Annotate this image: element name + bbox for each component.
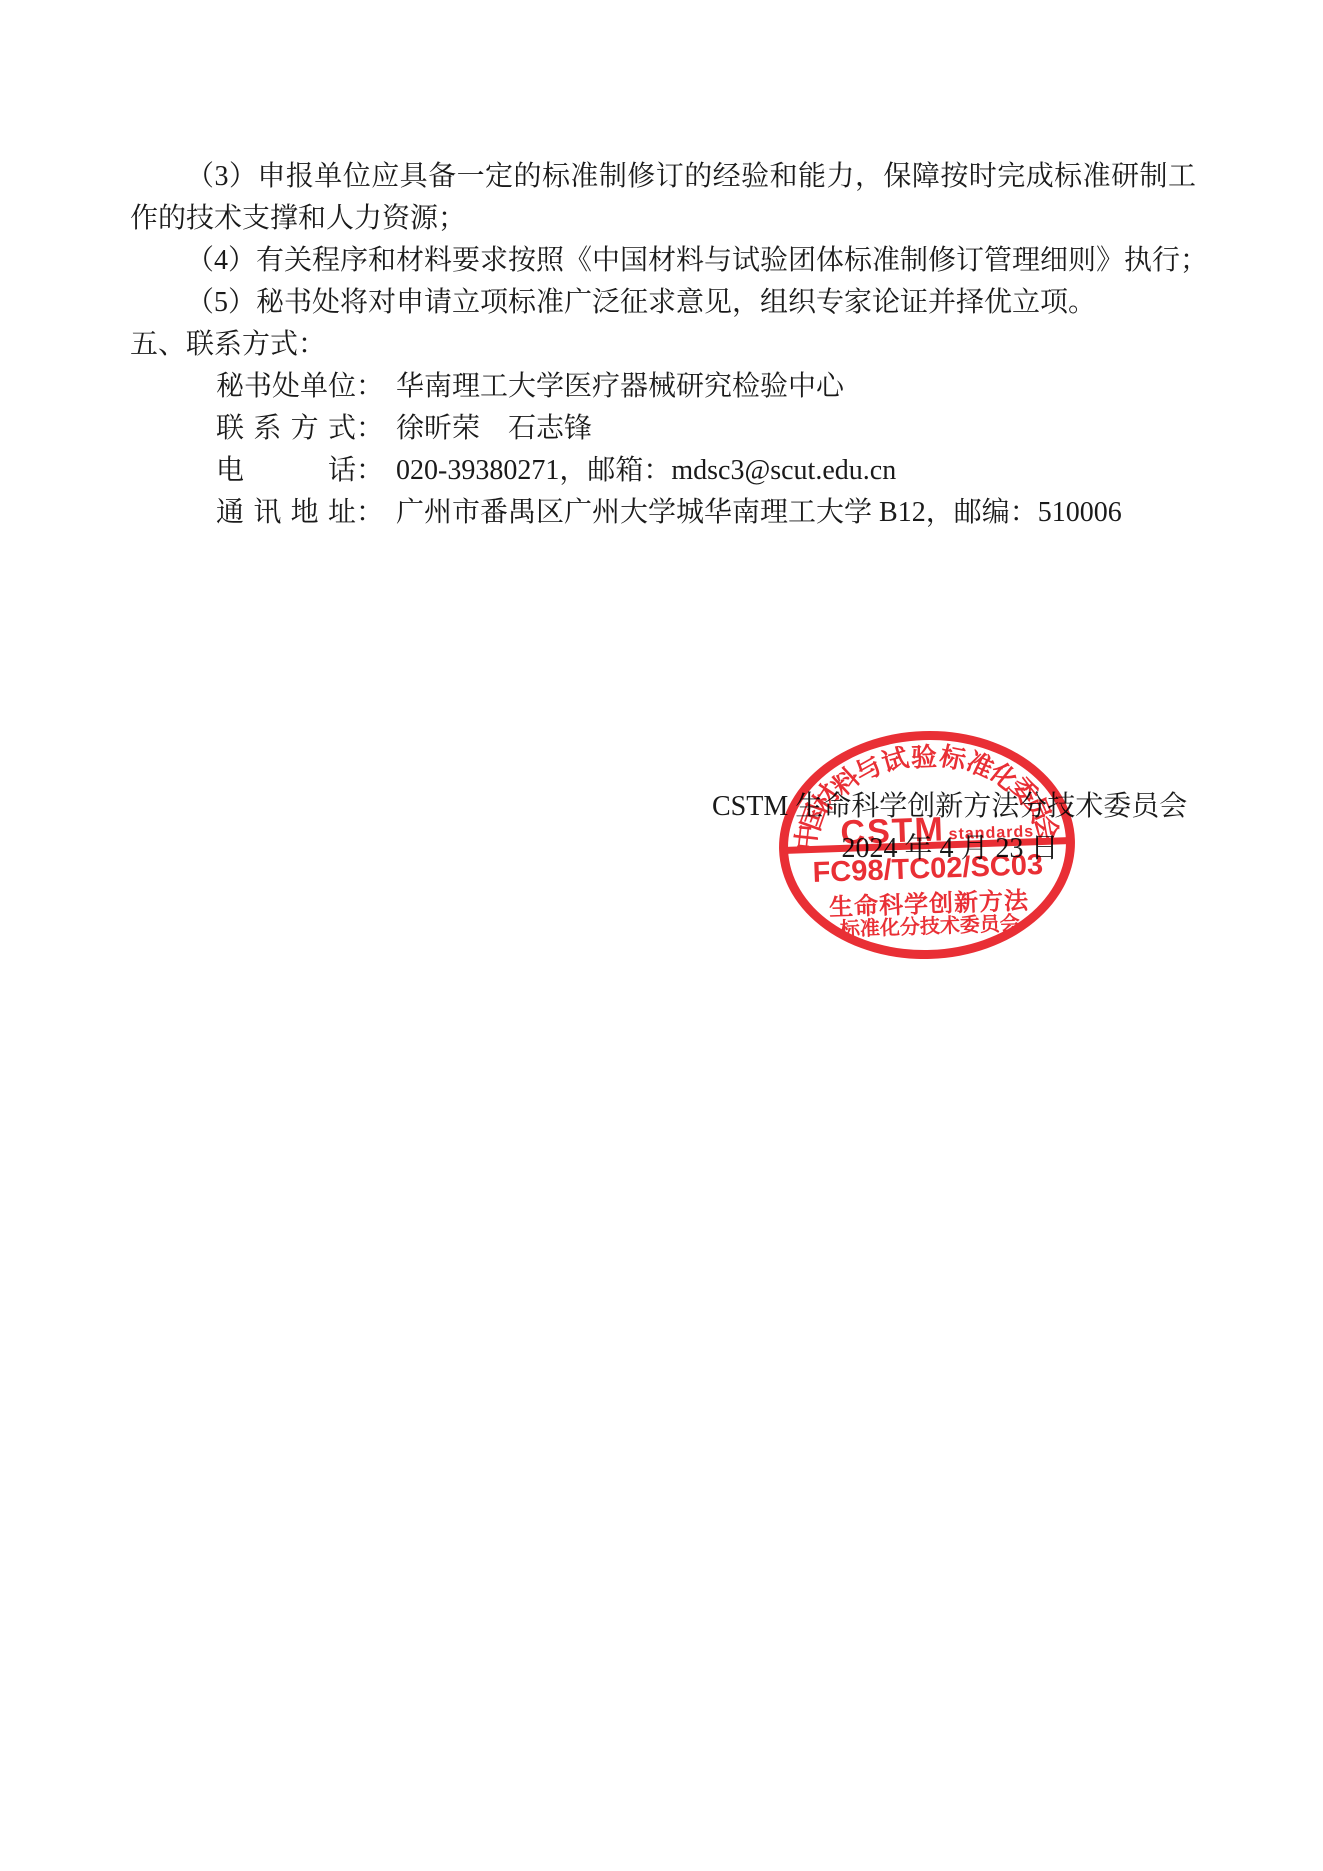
contact-value-persons: 徐昕荣 石志锋	[396, 413, 592, 444]
contact-label: 通讯地址	[216, 492, 356, 534]
stamp-arc-char: 验	[909, 743, 938, 772]
contact-label: 秘书处单位	[216, 366, 356, 408]
paragraph-item3-line1: （3）申报单位应具备一定的标准制修订的经验和能力，保障按时完成标准研制工	[130, 156, 1196, 198]
contact-row-persons: 联系方式：徐昕荣 石志锋	[216, 408, 1196, 450]
contact-value-address: 广州市番禺区广州大学城华南理工大学 B12，邮编：510006	[396, 497, 1122, 528]
contact-row-secretariat: 秘书处单位：华南理工大学医疗器械研究检验中心	[216, 366, 1196, 408]
contact-label: 电话	[216, 450, 356, 492]
label-colon: ：	[356, 413, 384, 444]
document-page: （3）申报单位应具备一定的标准制修订的经验和能力，保障按时完成标准研制工 作的技…	[0, 0, 1323, 1871]
document-text-block: （3）申报单位应具备一定的标准制修订的经验和能力，保障按时完成标准研制工 作的技…	[130, 156, 1196, 534]
contact-value-phone-email: 020-39380271，邮箱：mdsc3@scut.edu.cn	[396, 455, 896, 486]
section-heading-contact: 五、联系方式：	[130, 324, 1196, 366]
label-colon: ：	[356, 371, 384, 402]
contact-value-secretariat: 华南理工大学医疗器械研究检验中心	[396, 371, 844, 402]
label-colon: ：	[356, 455, 384, 486]
label-colon: ：	[356, 497, 384, 528]
paragraph-item5: （5）秘书处将对申请立项标准广泛征求意见，组织专家论证并择优立项。	[130, 282, 1196, 324]
contact-label: 联系方式	[216, 408, 356, 450]
official-red-stamp: 中国材料与试验标准化委员会 CSTM standards FC98/TC02/S…	[775, 726, 1079, 964]
contact-row-address: 通讯地址：广州市番禺区广州大学城华南理工大学 B12，邮编：510006	[216, 492, 1196, 534]
paragraph-item3-line2: 作的技术支撑和人力资源；	[130, 198, 1196, 240]
contact-row-phone: 电话：020-39380271，邮箱：mdsc3@scut.edu.cn	[216, 450, 1196, 492]
paragraph-item4: （4）有关程序和材料要求按照《中国材料与试验团体标准制修订管理细则》执行；	[130, 240, 1196, 282]
